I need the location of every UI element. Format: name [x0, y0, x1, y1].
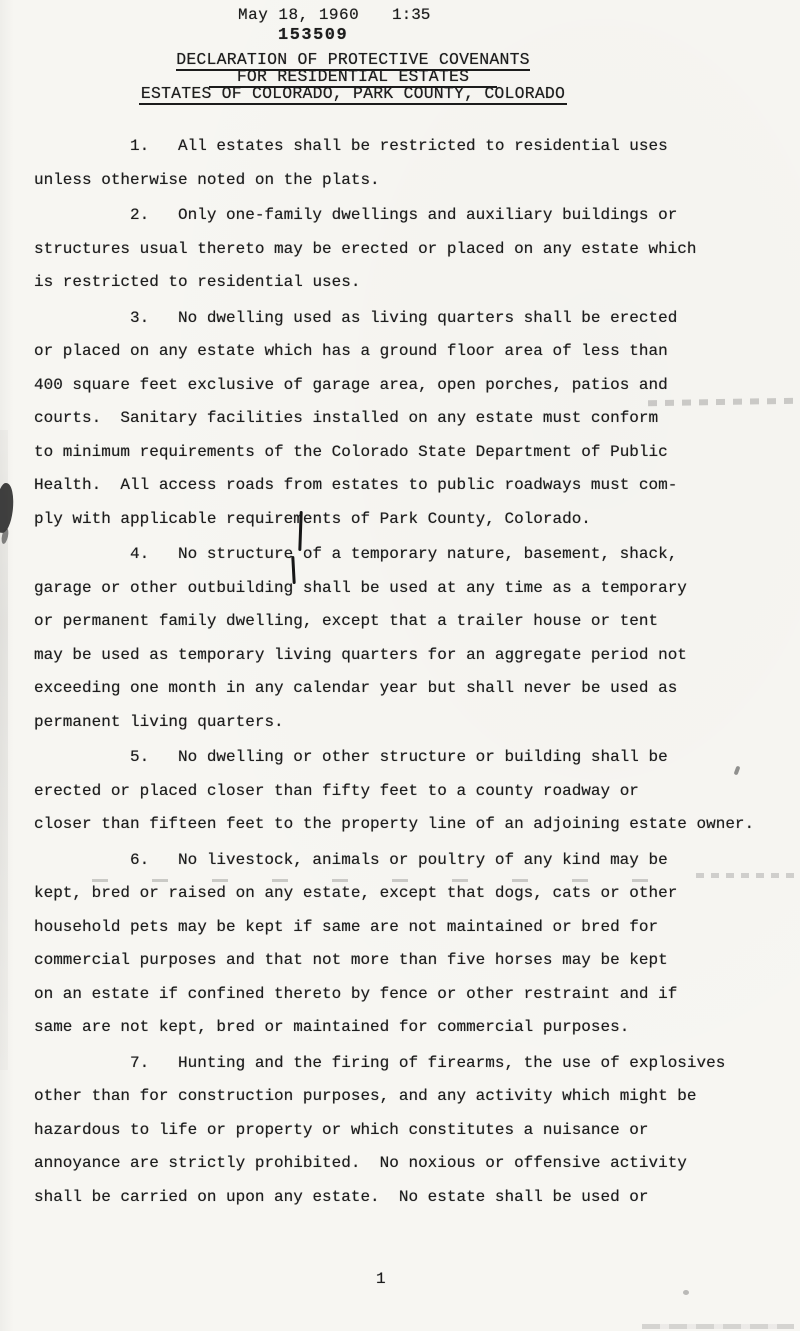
title-line-1: DECLARATION OF PROTECTIVE COVENANTS	[0, 51, 753, 68]
title-line-2: FOR RESIDENTIAL ESTATES	[0, 68, 753, 85]
covenant-paragraph-7: 7. Hunting and the firing of firearms, t…	[34, 1047, 779, 1215]
covenant-paragraph-1: 1. All estates shall be restricted to re…	[34, 130, 779, 197]
ink-blot-tail	[0, 528, 9, 545]
scan-artifact-bar	[642, 1324, 794, 1329]
page-number: 1	[376, 1270, 386, 1288]
covenant-paragraph-4: 4. No structure of a temporary nature, b…	[34, 538, 779, 739]
covenant-paragraph-3: 3. No dwelling used as living quarters s…	[34, 302, 779, 537]
scanned-document-page: May 18, 1960 1:35 153509 DECLARATION OF …	[0, 0, 800, 1331]
covenant-body: 1. All estates shall be restricted to re…	[34, 130, 779, 1216]
covenant-paragraph-5: 5. No dwelling or other structure or bui…	[34, 741, 779, 842]
stamp-time: 1:35	[392, 6, 430, 24]
scan-edge-shading	[0, 430, 8, 1070]
title-line-3: ESTATES OF COLORADO, PARK COUNTY, COLORA…	[0, 85, 753, 102]
stamp-date: May 18, 1960	[238, 6, 359, 24]
scan-speck	[683, 1290, 689, 1295]
ink-blot-left-margin	[0, 482, 16, 534]
recording-number: 153509	[278, 26, 348, 45]
covenant-paragraph-2: 2. Only one-family dwellings and auxilia…	[34, 199, 779, 300]
document-title: DECLARATION OF PROTECTIVE COVENANTS FOR …	[0, 51, 753, 103]
covenant-paragraph-6: 6. No livestock, animals or poultry of a…	[34, 844, 779, 1045]
